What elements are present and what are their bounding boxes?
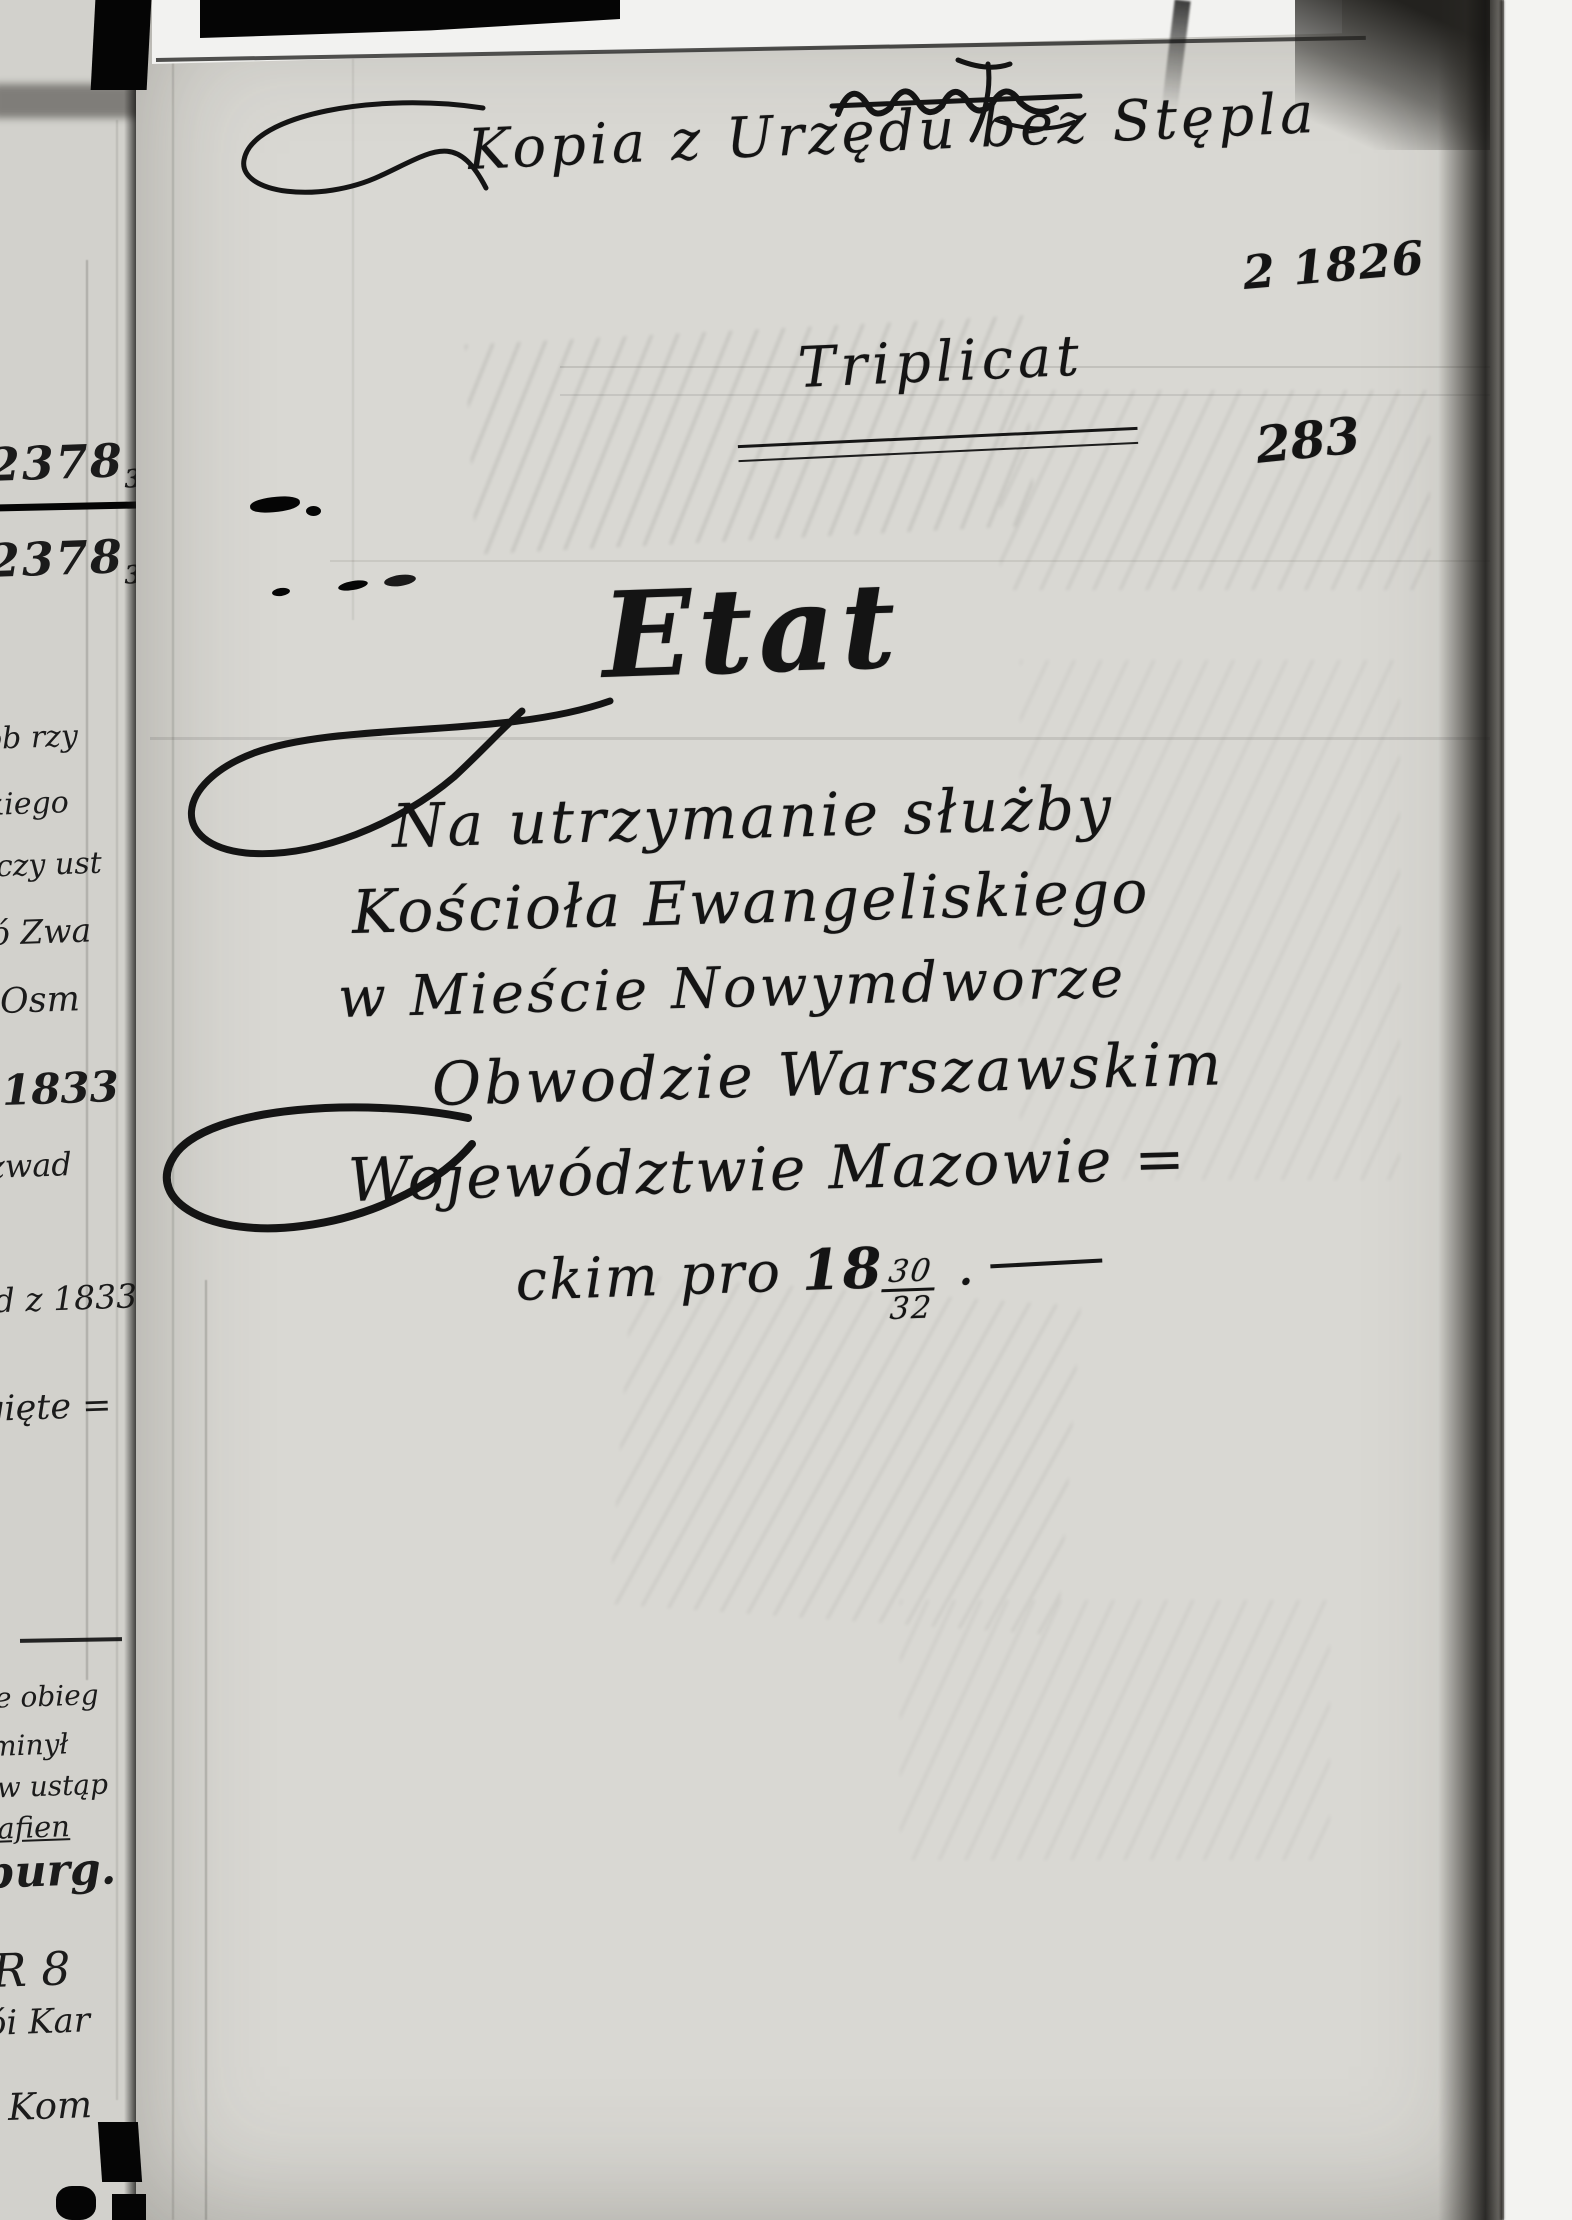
fraction-numerator: 30 (881, 1257, 939, 1293)
fraction-denominator: 32 (884, 1291, 939, 1324)
final-line-prefix: ckim pro (514, 1239, 802, 1314)
flourish-dash (990, 1259, 1102, 1269)
black-mark-bottom (112, 2194, 146, 2220)
black-mark-bottom (56, 2186, 96, 2220)
fragment-text: kiego (0, 785, 69, 823)
fragment-text: łafien (0, 1809, 70, 1846)
fragment-number: 23783- (0, 432, 136, 499)
triplicat-label: Triplicat (797, 324, 1086, 401)
scan-right-margin (1504, 0, 1572, 2220)
fragment-text: minył (0, 1727, 69, 1763)
black-tape-top-left (91, 0, 152, 90)
fragment-number: 23783= (0, 527, 136, 594)
bleed-through (1000, 390, 1430, 590)
page-number: 283 (1253, 405, 1363, 475)
fragment-text: Osm (0, 979, 80, 1022)
fiscal-year-base: 18 (801, 1235, 885, 1304)
fragment-text: Kom (7, 2083, 92, 2129)
page-edge-line (1500, 0, 1504, 2220)
page-crease (205, 1280, 207, 2220)
black-mark-bottom (98, 2122, 142, 2182)
fragment-text: zwad (0, 1145, 72, 1186)
initial-flourish (228, 88, 493, 213)
fragment-text: ad z 1833. (0, 1276, 136, 1321)
fragment-text: ob rzy (0, 719, 78, 757)
fiscal-year-fraction: 3032 (883, 1257, 938, 1324)
page-right-edge-shadow (1438, 0, 1504, 2220)
fragment-text: ó Zwa (0, 910, 92, 953)
bleed-through (900, 1600, 1330, 1860)
fragment-text: gięte = (0, 1385, 112, 1429)
fragment-text: burg. (0, 1843, 117, 1899)
document-title: Etat (600, 556, 904, 705)
fragment-text: ów ustąp (0, 1768, 108, 1805)
fragment-number: 1833 (1, 1062, 120, 1115)
left-page-edge: 23783- 23783= ob rzy kiego ączy ust ó Zw… (0, 0, 136, 2220)
separator-rule (20, 1637, 122, 1643)
check-mark (950, 52, 1020, 144)
ink-blotch (306, 506, 321, 516)
fragment-text: R 8 (0, 1941, 71, 1998)
document-scan: 23783- 23783= ob rzy kiego ączy ust ó Zw… (0, 0, 1572, 2220)
fragment-text: ói Kar (0, 2000, 91, 2044)
fragment-text: 2378 (0, 529, 125, 588)
final-line-suffix: . (936, 1233, 978, 1299)
fragment-text: 2378 (0, 433, 125, 492)
fragment-text: ączy ust (0, 846, 102, 885)
fragment-text: le obieg (0, 1678, 99, 1715)
